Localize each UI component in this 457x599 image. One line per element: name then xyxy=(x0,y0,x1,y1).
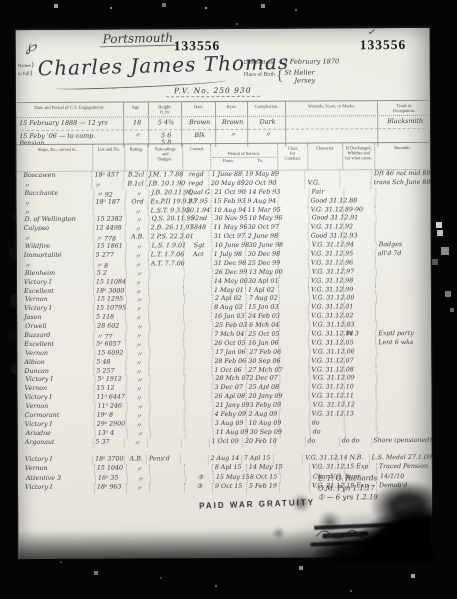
period-to: 27 Feb 06 xyxy=(247,349,280,358)
rating: A.B. xyxy=(124,455,147,465)
period-to: 7 Aug 02 xyxy=(247,295,280,304)
cause xyxy=(185,376,213,385)
period-from: 21 Jany 09 xyxy=(214,402,248,411)
cause xyxy=(185,420,213,429)
period-from: 8 Apl 15 xyxy=(213,464,247,474)
period-from: 15 Feb 93 xyxy=(212,198,246,207)
date-of-birth: Date of Birth15 February 1870 xyxy=(244,57,339,65)
class-conduct xyxy=(279,384,309,393)
period-from: 3 Aug 09 xyxy=(213,420,247,429)
ship-name: Excellent xyxy=(17,287,94,296)
remarks xyxy=(376,383,431,392)
ship-name: 〃 xyxy=(16,181,92,190)
period-to: 30 Sep 06 xyxy=(246,357,279,366)
period-from: 1 Oct 09 xyxy=(209,438,242,447)
period-from: 7 Mch 04 xyxy=(212,331,246,340)
period-from: 31 Oct 97 xyxy=(212,233,246,242)
cause xyxy=(184,358,212,367)
rating: 〃 xyxy=(127,394,150,403)
period-to: 2 Aug 09 xyxy=(247,411,280,420)
ship-name: 〃 xyxy=(17,261,94,270)
ship-name: Albion xyxy=(17,358,94,367)
class-conduct xyxy=(279,259,309,268)
sub-ratings: J.B. 10.1.90 xyxy=(146,180,181,189)
scan-noise xyxy=(0,0,2,2)
rating: 〃 xyxy=(127,420,150,429)
rating: 〃 xyxy=(127,464,150,474)
list-and-no: 11ᵃ 246 xyxy=(96,403,128,412)
class-conduct xyxy=(279,206,309,215)
ship-name: 〃 xyxy=(17,198,94,207)
sub-ratings: 2 P.S. 22.2.01 xyxy=(149,233,184,242)
ship-name: Ariadne xyxy=(19,430,96,439)
cause xyxy=(184,313,212,322)
rating: 〃 xyxy=(126,207,149,216)
ship-name: Victory I xyxy=(17,278,94,287)
remarks xyxy=(376,205,431,214)
ship-name: Excellent xyxy=(17,341,94,350)
pv-number: P.V. No. 250 930 xyxy=(166,86,260,97)
rating: 〃 xyxy=(126,367,149,376)
remarks xyxy=(376,223,431,232)
remarks xyxy=(376,303,431,312)
ship-name: Cormorant xyxy=(18,412,95,421)
list-and-no: 15 2382 xyxy=(95,216,127,225)
remarks: Dft 46 not mid 88 xyxy=(372,170,430,179)
period-from: 10 June 98 xyxy=(213,242,247,251)
list-and-no: 28 602 xyxy=(95,323,127,332)
character: V.G. 31.12.13 xyxy=(310,410,345,419)
list-and-no: 〃 778 xyxy=(94,234,126,243)
remarks xyxy=(376,285,431,294)
period-from: 10 Aug 94 xyxy=(212,206,246,215)
class-conduct xyxy=(279,286,309,295)
sub-ratings: L.S.T. 9.3.95 xyxy=(149,207,184,216)
list-and-no: 15 11084 xyxy=(94,278,126,287)
sub-ratings xyxy=(149,367,184,376)
period-to: 2 June 98 xyxy=(246,233,279,242)
ship-name: Orwell xyxy=(18,323,95,332)
list-and-no: 〃 77 xyxy=(94,332,126,341)
list-and-no: 15 12 xyxy=(94,385,126,394)
ship-name: Attentive 3 xyxy=(19,474,96,484)
list-and-no: 15 10795 xyxy=(94,305,126,314)
list-and-no: 15 1040 xyxy=(95,465,127,475)
sub-ratings xyxy=(149,313,184,322)
period-from: 31 Dec 98 xyxy=(212,260,246,269)
period-from: 17 Jan 06 xyxy=(213,349,247,358)
remarks xyxy=(377,374,432,383)
discharged xyxy=(344,384,376,393)
discharged xyxy=(344,357,376,366)
list-and-no: 11ᵃ 6447 xyxy=(95,394,127,403)
class-conduct xyxy=(279,277,309,286)
cause: Sgt xyxy=(185,242,213,251)
period-from: 9 Oct 15 xyxy=(213,483,247,493)
period-from: 1 July 98 xyxy=(212,251,246,260)
cause: 92nd xyxy=(185,216,213,225)
ship-name: Boscawen xyxy=(16,172,92,181)
remarks xyxy=(377,294,432,303)
character: V.G. 31.12.95 xyxy=(309,250,344,259)
period-to: 1 Apl 02 xyxy=(246,286,279,295)
ship-name: Victory I xyxy=(18,484,95,494)
character: V.G. 31.12.01 xyxy=(309,304,344,313)
sub-ratings xyxy=(149,331,184,340)
period-from: 25 Feb 03 xyxy=(213,322,247,331)
period-to: 30 Apl 01 xyxy=(246,277,279,286)
ship-name: D. of Wellington xyxy=(18,216,95,225)
place-of-birth: Place of Birth { St HelierJersey xyxy=(244,69,315,85)
sub-ratings: 2.B. 26.11.97 xyxy=(149,225,184,234)
list-and-no: 16ᵃ 35 xyxy=(96,474,128,484)
list-and-no: 29ᵃ 2900 xyxy=(95,420,127,429)
rating: 〃 xyxy=(127,269,150,278)
remarks xyxy=(377,214,432,223)
cause xyxy=(184,331,212,340)
period-to: 9 Aug 94 xyxy=(246,197,279,206)
remarks xyxy=(376,357,431,366)
rating: Ord xyxy=(126,198,149,207)
list-and-no: 5ᵃ 6057 xyxy=(94,340,126,349)
scanned-document: ℘ Portsmouth 133556 133556 ✓ Names} in f… xyxy=(0,0,457,599)
period-from: 2 Apl 02 xyxy=(213,295,247,304)
rating: 〃 xyxy=(126,314,149,323)
cause xyxy=(184,384,212,393)
list-and-no: 13ᵃ 4 xyxy=(96,429,128,438)
cause: Qual G xyxy=(184,189,212,198)
ship-name: 〃 xyxy=(17,207,94,216)
sub-ratings xyxy=(149,340,184,349)
ship-name: Vernon xyxy=(18,296,95,305)
cause xyxy=(184,367,212,376)
ship-name: Immortalité xyxy=(17,252,94,261)
cause xyxy=(184,340,212,349)
rating: 〃 xyxy=(126,358,149,367)
sub-ratings xyxy=(150,411,185,420)
discharged xyxy=(344,197,376,206)
class-conduct xyxy=(280,215,310,224)
character: V.G. 31.12.92 xyxy=(309,224,344,233)
discharged xyxy=(344,304,376,313)
rating: 〃 xyxy=(126,189,149,198)
list-and-no: 5 37 xyxy=(93,438,124,447)
period-from: 4 Feby 09 xyxy=(213,411,247,420)
class-conduct xyxy=(276,171,306,180)
character: V.G. 31.12.89-90 xyxy=(309,206,344,215)
rating: 〃 xyxy=(126,340,149,349)
discharged xyxy=(345,268,377,277)
period-from: 11 May 96 xyxy=(212,224,246,233)
document-page: ℘ Portsmouth 133556 133556 ✓ Names} in f… xyxy=(15,26,434,559)
rating: 〃 xyxy=(128,429,151,438)
list-and-no: 5 118 xyxy=(94,314,126,323)
list-and-no: 15 6092 xyxy=(95,349,127,358)
cause xyxy=(185,349,213,358)
sub-ratings xyxy=(151,402,186,411)
ship-name: 〃 xyxy=(17,234,94,243)
class-conduct xyxy=(279,224,309,233)
character: do xyxy=(310,419,345,428)
period-from: 28 Mch 07 xyxy=(213,375,247,384)
sub-ratings xyxy=(150,349,185,358)
service-rows: Boscawen 18ᵃ 457 B.2cl J.M. 1.7.88 regd … xyxy=(16,170,431,448)
list-and-no: 5 257 xyxy=(94,367,126,376)
class-conduct xyxy=(280,242,310,251)
class-conduct xyxy=(279,188,309,197)
ship-name: Blenheim xyxy=(18,269,95,278)
full-name: Charles James Thomas xyxy=(38,50,269,80)
period-from: 14 May 00 xyxy=(212,278,246,287)
remarks: all'd 7d xyxy=(376,250,431,259)
class-conduct xyxy=(280,375,310,384)
sub-ratings xyxy=(150,269,185,278)
cause xyxy=(185,411,213,420)
cause xyxy=(184,233,212,242)
sub-ratings xyxy=(149,305,184,314)
discharged xyxy=(345,375,377,384)
discharged xyxy=(344,250,376,259)
ship-name: Bacchante xyxy=(17,189,94,198)
period-from: 15 May 15 xyxy=(214,473,248,483)
remarks xyxy=(376,188,431,197)
list-and-no: 5 48 xyxy=(94,358,126,367)
character: Good 31.12.91 xyxy=(310,215,345,224)
sub-ratings xyxy=(150,296,185,305)
cause: ③ xyxy=(186,474,214,484)
rating: B.1cl xyxy=(124,180,147,189)
character: Fair xyxy=(309,188,344,197)
remarks xyxy=(376,312,431,321)
list-and-no: 18ᵃ 963 xyxy=(95,484,127,494)
character: V.G. 31.12.05 xyxy=(309,339,344,348)
period-from: 8 Aug 02 xyxy=(212,304,246,313)
remarks xyxy=(377,392,432,401)
discharged xyxy=(345,295,377,304)
class-conduct xyxy=(276,179,306,188)
cause xyxy=(181,455,208,465)
ship-name: Victory I xyxy=(18,455,93,465)
remarks: Exptl party xyxy=(376,330,431,339)
period-to: 30 June 98 xyxy=(247,242,280,251)
ship-name: Victory I xyxy=(18,376,95,385)
period-to: 27 Mch 07 xyxy=(246,366,279,375)
ship-name: Victory I xyxy=(18,394,95,403)
cause: 2.7.95 xyxy=(184,198,212,207)
class-conduct xyxy=(280,419,310,428)
cause xyxy=(185,464,213,474)
discharged xyxy=(340,179,372,188)
discharged xyxy=(345,419,377,428)
class-conduct xyxy=(279,304,309,313)
rating: 〃 xyxy=(128,403,151,412)
class-conduct xyxy=(279,313,309,322)
names-label: Names} in full} xyxy=(18,62,35,78)
sub-ratings xyxy=(149,287,184,296)
character: V.G. 31.12.98 xyxy=(309,277,344,286)
sub-ratings: Pens'd xyxy=(147,455,181,465)
character: V.G. 31.12.11 xyxy=(310,393,345,402)
list-and-no: 18ᵃ 457 xyxy=(92,172,124,181)
discharged xyxy=(345,321,377,330)
character: V.G. 31.12.09 xyxy=(310,375,345,384)
cause xyxy=(186,429,214,438)
period-to: 19 May 89 xyxy=(243,171,276,180)
sub-ratings xyxy=(150,376,185,385)
rating: 〃 xyxy=(126,331,149,340)
cause xyxy=(185,393,213,402)
remarks xyxy=(378,401,433,410)
rating: 〃 xyxy=(127,376,150,385)
sub-ratings: J.B. 20.11.91 xyxy=(149,189,184,198)
period-from: 1 Oct 06 xyxy=(212,366,246,375)
sub-ratings xyxy=(150,420,185,429)
sub-ratings: J.M. 1.7.88 xyxy=(147,171,182,180)
character: V.G. 31.12.99 xyxy=(309,286,344,295)
discharged xyxy=(340,170,372,179)
ink-blotch xyxy=(244,431,435,562)
cause xyxy=(185,322,213,331)
ship-name: Victory I xyxy=(17,305,94,314)
discharged: W 3 xyxy=(344,330,376,339)
sub-ratings xyxy=(150,393,185,402)
period-to: 15 Jan 03 xyxy=(246,304,279,313)
period-to: 25 Oct 05 xyxy=(246,331,279,340)
remarks: trans Sch June 88 xyxy=(372,179,431,188)
cause xyxy=(184,260,212,269)
discharged xyxy=(344,206,376,215)
character: V.G. 31.12.00 xyxy=(310,295,345,304)
period-to: 25 Apl 08 xyxy=(246,384,279,393)
list-and-no xyxy=(94,207,126,216)
list-and-no: 19ᵃ 8 xyxy=(95,412,127,421)
character xyxy=(306,170,341,179)
period-from: 2 Aug 14 xyxy=(209,455,242,465)
sub-ratings: A.T. 7.7.06 xyxy=(149,260,184,269)
period-to: 24 Feb 03 xyxy=(246,313,279,322)
sub-ratings: Q.S. 20.11.95 xyxy=(150,216,185,225)
rating: 〃 xyxy=(127,323,150,332)
character: V.G. 31.12.04 xyxy=(309,330,344,339)
ship-name: Calypso xyxy=(17,225,94,234)
sub-ratings: Ex.P.II 19.9.93 xyxy=(149,198,184,207)
ship-name: Argonaut xyxy=(18,438,94,447)
remarks: Badges xyxy=(377,241,432,250)
period-to: 13 May 00 xyxy=(247,269,280,278)
ship-name: Vernon xyxy=(19,403,96,412)
class-conduct xyxy=(279,357,309,366)
discharged xyxy=(345,410,377,419)
list-and-no: 18ᵃ 3000 xyxy=(94,287,126,296)
ship-name: Vernon xyxy=(17,385,94,394)
character: V.G. 31.12.96 xyxy=(309,259,344,268)
list-and-no: 〃 92 xyxy=(94,189,126,198)
list-and-no: 12 4498 xyxy=(94,225,126,234)
discharged xyxy=(345,392,377,401)
rating: 〃 xyxy=(126,305,149,314)
class-conduct xyxy=(280,393,310,402)
class-conduct xyxy=(281,402,311,411)
cause xyxy=(182,438,210,447)
list-and-no: 5 2 xyxy=(95,269,127,278)
discharged xyxy=(344,312,376,321)
period-to: 20 Jany 09 xyxy=(247,393,280,402)
period-to: 11 Mar 95 xyxy=(246,206,279,215)
period-to: 20 Oct 90 xyxy=(243,180,276,189)
sub-ratings xyxy=(151,474,186,484)
discharged xyxy=(346,401,378,410)
character: Good 31.12.93 xyxy=(309,233,344,242)
remarks: Lent 6 wks xyxy=(376,339,431,348)
ship-name: Buzzard xyxy=(17,332,94,341)
period-to: 25 Dec 99 xyxy=(246,260,279,269)
class-conduct xyxy=(280,411,310,420)
rating: 〃 xyxy=(127,296,150,305)
remarks xyxy=(376,259,431,268)
class-conduct xyxy=(279,366,309,375)
period-to: 16 Jan 06 xyxy=(246,340,279,349)
ship-name: Vernon xyxy=(18,465,95,475)
official-number-duplicate: 133556 xyxy=(360,37,407,53)
cause: Act xyxy=(184,251,212,260)
sub-ratings: L.T. 1.7.06 xyxy=(149,251,184,260)
ship-name: Duncan xyxy=(17,367,94,376)
ship-name: Vernon xyxy=(18,349,95,358)
sub-ratings xyxy=(148,438,182,447)
cause xyxy=(184,304,212,313)
character: V.G. 31.12.10 xyxy=(309,384,344,393)
discharged xyxy=(344,224,376,233)
period-from: 1 May 01 xyxy=(212,286,246,295)
period-from: 30 Nov 95 xyxy=(213,215,247,224)
cause xyxy=(184,278,212,287)
rating: 〃 xyxy=(126,287,149,296)
character: V.G. 31.12.03 xyxy=(310,322,345,331)
list-and-no: 〃 xyxy=(92,180,124,189)
pen-mark: ℘ xyxy=(26,37,37,55)
discharged xyxy=(344,339,376,348)
discharged xyxy=(345,215,377,224)
remarks xyxy=(377,419,432,428)
discharged xyxy=(344,259,376,268)
class-conduct xyxy=(280,268,310,277)
remarks xyxy=(376,277,431,286)
sub-ratings: L.S. 1.9.01 xyxy=(150,242,185,251)
sub-ratings xyxy=(149,358,184,367)
ship-name: Wildfire xyxy=(18,243,95,252)
rating: 〃 xyxy=(127,411,150,420)
cause: regd xyxy=(181,180,209,189)
period-to: 2 Dec 07 xyxy=(247,375,280,384)
rating: 〃 xyxy=(126,278,149,287)
rating: 〃 xyxy=(126,225,149,234)
sub-ratings xyxy=(149,385,184,394)
discharged xyxy=(344,232,376,241)
period-from: 28 Feb 06 xyxy=(212,358,246,367)
character: V.G. 31.12.97 xyxy=(310,268,345,277)
period-to: 6 Mch 04 xyxy=(247,322,280,331)
rating: 〃 xyxy=(126,385,149,394)
cause xyxy=(184,287,212,296)
list-and-no: 18ᵃ 187 xyxy=(94,198,126,207)
port-division: Portsmouth xyxy=(100,31,177,48)
class-conduct xyxy=(280,348,310,357)
period-from: 21 Oct 90 xyxy=(212,189,246,198)
cause: regd xyxy=(182,171,210,180)
list-and-no: 5 277 xyxy=(94,252,126,261)
rating: B.2cl xyxy=(124,171,147,180)
list-and-no: 〃 8 xyxy=(94,260,126,269)
